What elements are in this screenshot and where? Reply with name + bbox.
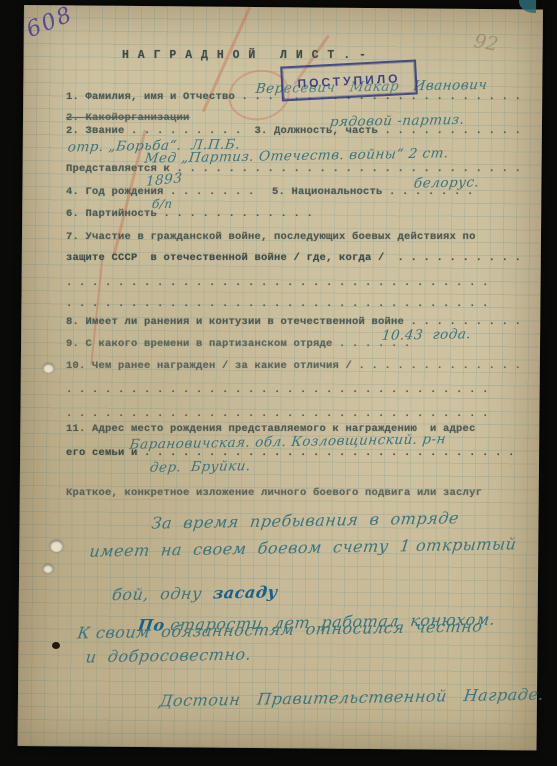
scanned-award-document: 608 92 Н А Г Р А Д Н О Й Л И С Т . - ПОС… <box>0 0 557 766</box>
postupilo-stamp: ПОСТУПИЛО <box>280 59 418 101</box>
paper-hole <box>52 642 60 649</box>
field-2-struck-label: 2. Какойорганизации <box>66 112 190 124</box>
field-10-label: 10. Чем ранее награжден / за какие отлич… <box>66 360 521 372</box>
punch-hole <box>50 540 63 552</box>
dotted-row: . . . . . . . . . . . . . . . . . . . . … <box>66 384 489 396</box>
citation-line-6: и добросовестно. <box>85 645 253 667</box>
field-9-label: 9. С какого времени в партизанском отряд… <box>66 338 411 350</box>
pencil-page-number: 92 <box>472 30 500 56</box>
stamp-label: ПОСТУПИЛО <box>297 71 401 90</box>
dotted-row: . . . . . . . . . . . . . . . . . . . . … <box>66 298 489 310</box>
dotted-row: . . . . . . . . . . . . . . . . . . . . … <box>66 277 489 289</box>
punch-hole <box>43 363 54 373</box>
field-5-value: белорус. <box>413 174 480 191</box>
award-label: Представляется к . . . . . . . . . . . .… <box>66 163 521 175</box>
document-title: Н А Г Р А Д Н О Й Л И С Т . - <box>122 49 367 62</box>
field-6-value: б/п <box>151 197 173 211</box>
field-11-value-cont: дер. Бруйки. <box>149 458 252 476</box>
field-7-line2: защите СССР в отечественной войне / где,… <box>66 252 521 264</box>
field-6-label: 6. Партийность . . . . . . . . . . . . <box>66 208 313 220</box>
field-9-value: 10.43 года. <box>381 326 472 344</box>
punch-hole <box>43 564 53 573</box>
field-7-line1: 7. Участие в гражданской войне, последую… <box>66 231 476 243</box>
dotted-row: . . . . . . . . . . . . . . . . . . . . … <box>66 408 489 420</box>
field-3-value: рядовой -партиз. <box>329 112 466 130</box>
summary-section-label: Краткое, конкретное изложение личного бо… <box>66 487 482 499</box>
